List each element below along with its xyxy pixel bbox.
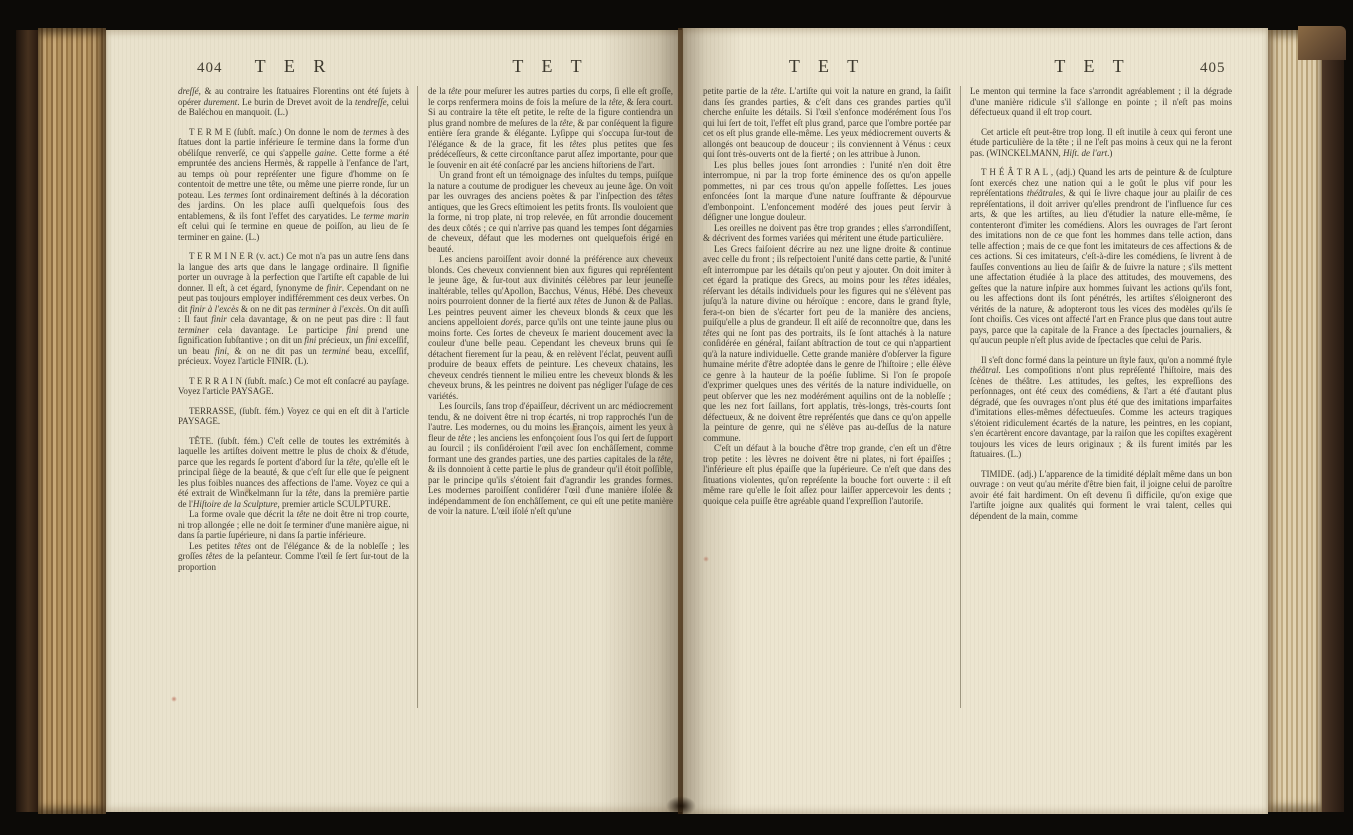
paragraph: dreſſé, & au contraire les ſtatuaires Fl… [178,86,409,118]
text-column-3: petite partie de la tête. L'artiſte qui … [703,86,951,712]
foxing-stain [568,424,582,435]
paragraph: C'eſt un défaut à la bouche d'être trop … [703,443,951,506]
paragraph: T E R R A I N (ſubſt. maſc.) Ce mot eſt … [178,376,409,397]
paragraph: Les anciens paroiſſent avoir donné la pr… [428,254,673,401]
paragraph: T E R M I N E R (v. act.) Ce mot n'a pas… [178,251,409,367]
page-stack-fore-edge-left [38,28,106,814]
paragraph: Il s'eſt donc formé dans la peinture un … [970,355,1232,460]
running-head-col3: T E T [703,56,951,77]
paragraph: Cet article eſt peut-être trop long. Il … [970,127,1232,159]
paragraph: Un grand front eſt un témoignage des inſ… [428,170,673,254]
paragraph: de la tête pour meſurer les autres parti… [428,86,673,170]
paragraph: Les petites têtes ont de l'élégance & de… [178,541,409,573]
running-head-col2: T E T [428,56,673,77]
paragraph: TÊTE. (ſubſt. fém.) C'eſt celle de toute… [178,436,409,510]
text-column-1: dreſſé, & au contraire les ſtatuaires Fl… [178,86,409,712]
book-cover-left-edge [16,30,38,812]
column-rule-left-page [417,86,418,708]
paragraph: TIMIDE. (adj.) L'apparence de la timidit… [970,469,1232,522]
book-cover-right-edge [1322,34,1344,812]
binding-crease-foot [666,796,696,816]
paragraph: Les Grecs faiſoient décrire au nez une l… [703,244,951,444]
leather-corner-top-right [1298,26,1346,60]
page-number-right: 405 [1200,60,1226,77]
paragraph: T H É Â T R A L , (adj.) Quand les arts … [970,167,1232,346]
binding-crease [678,28,683,814]
running-head-col4: T E T [970,56,1215,77]
paragraph: Les plus belles joues ſont arrondies : l… [703,160,951,223]
paragraph: petite partie de la tête. L'artiſte qui … [703,86,951,160]
column-rule-right-page [960,86,961,708]
book-photo-scene: 404 T E R T E T T E T T E T 405 dreſſé, … [0,0,1353,835]
text-column-2: de la tête pour meſurer les autres parti… [428,86,673,712]
text-column-4: Le menton qui termine la face s'arrondit… [970,86,1232,712]
paragraph: Les oreilles ne doivent pas être trop gr… [703,223,951,244]
paragraph: TERRASSE, (ſubſt. fém.) Voyez ce qui en … [178,406,409,427]
foxing-stain [171,696,177,702]
running-head-col1: T E R [178,56,409,77]
paragraph: Les ſourcils, ſans trop d'épaiſſeur, déc… [428,401,673,517]
paragraph: Le menton qui termine la face s'arrondit… [970,86,1232,118]
paragraph: T E R M E (ſubſt. maſc.) On donne le nom… [178,127,409,243]
foxing-stain [243,486,252,495]
paragraph: La forme ovale que décrit la tête ne doi… [178,509,409,541]
page-stack-fore-edge-right [1268,30,1322,812]
foxing-stain [703,556,709,562]
